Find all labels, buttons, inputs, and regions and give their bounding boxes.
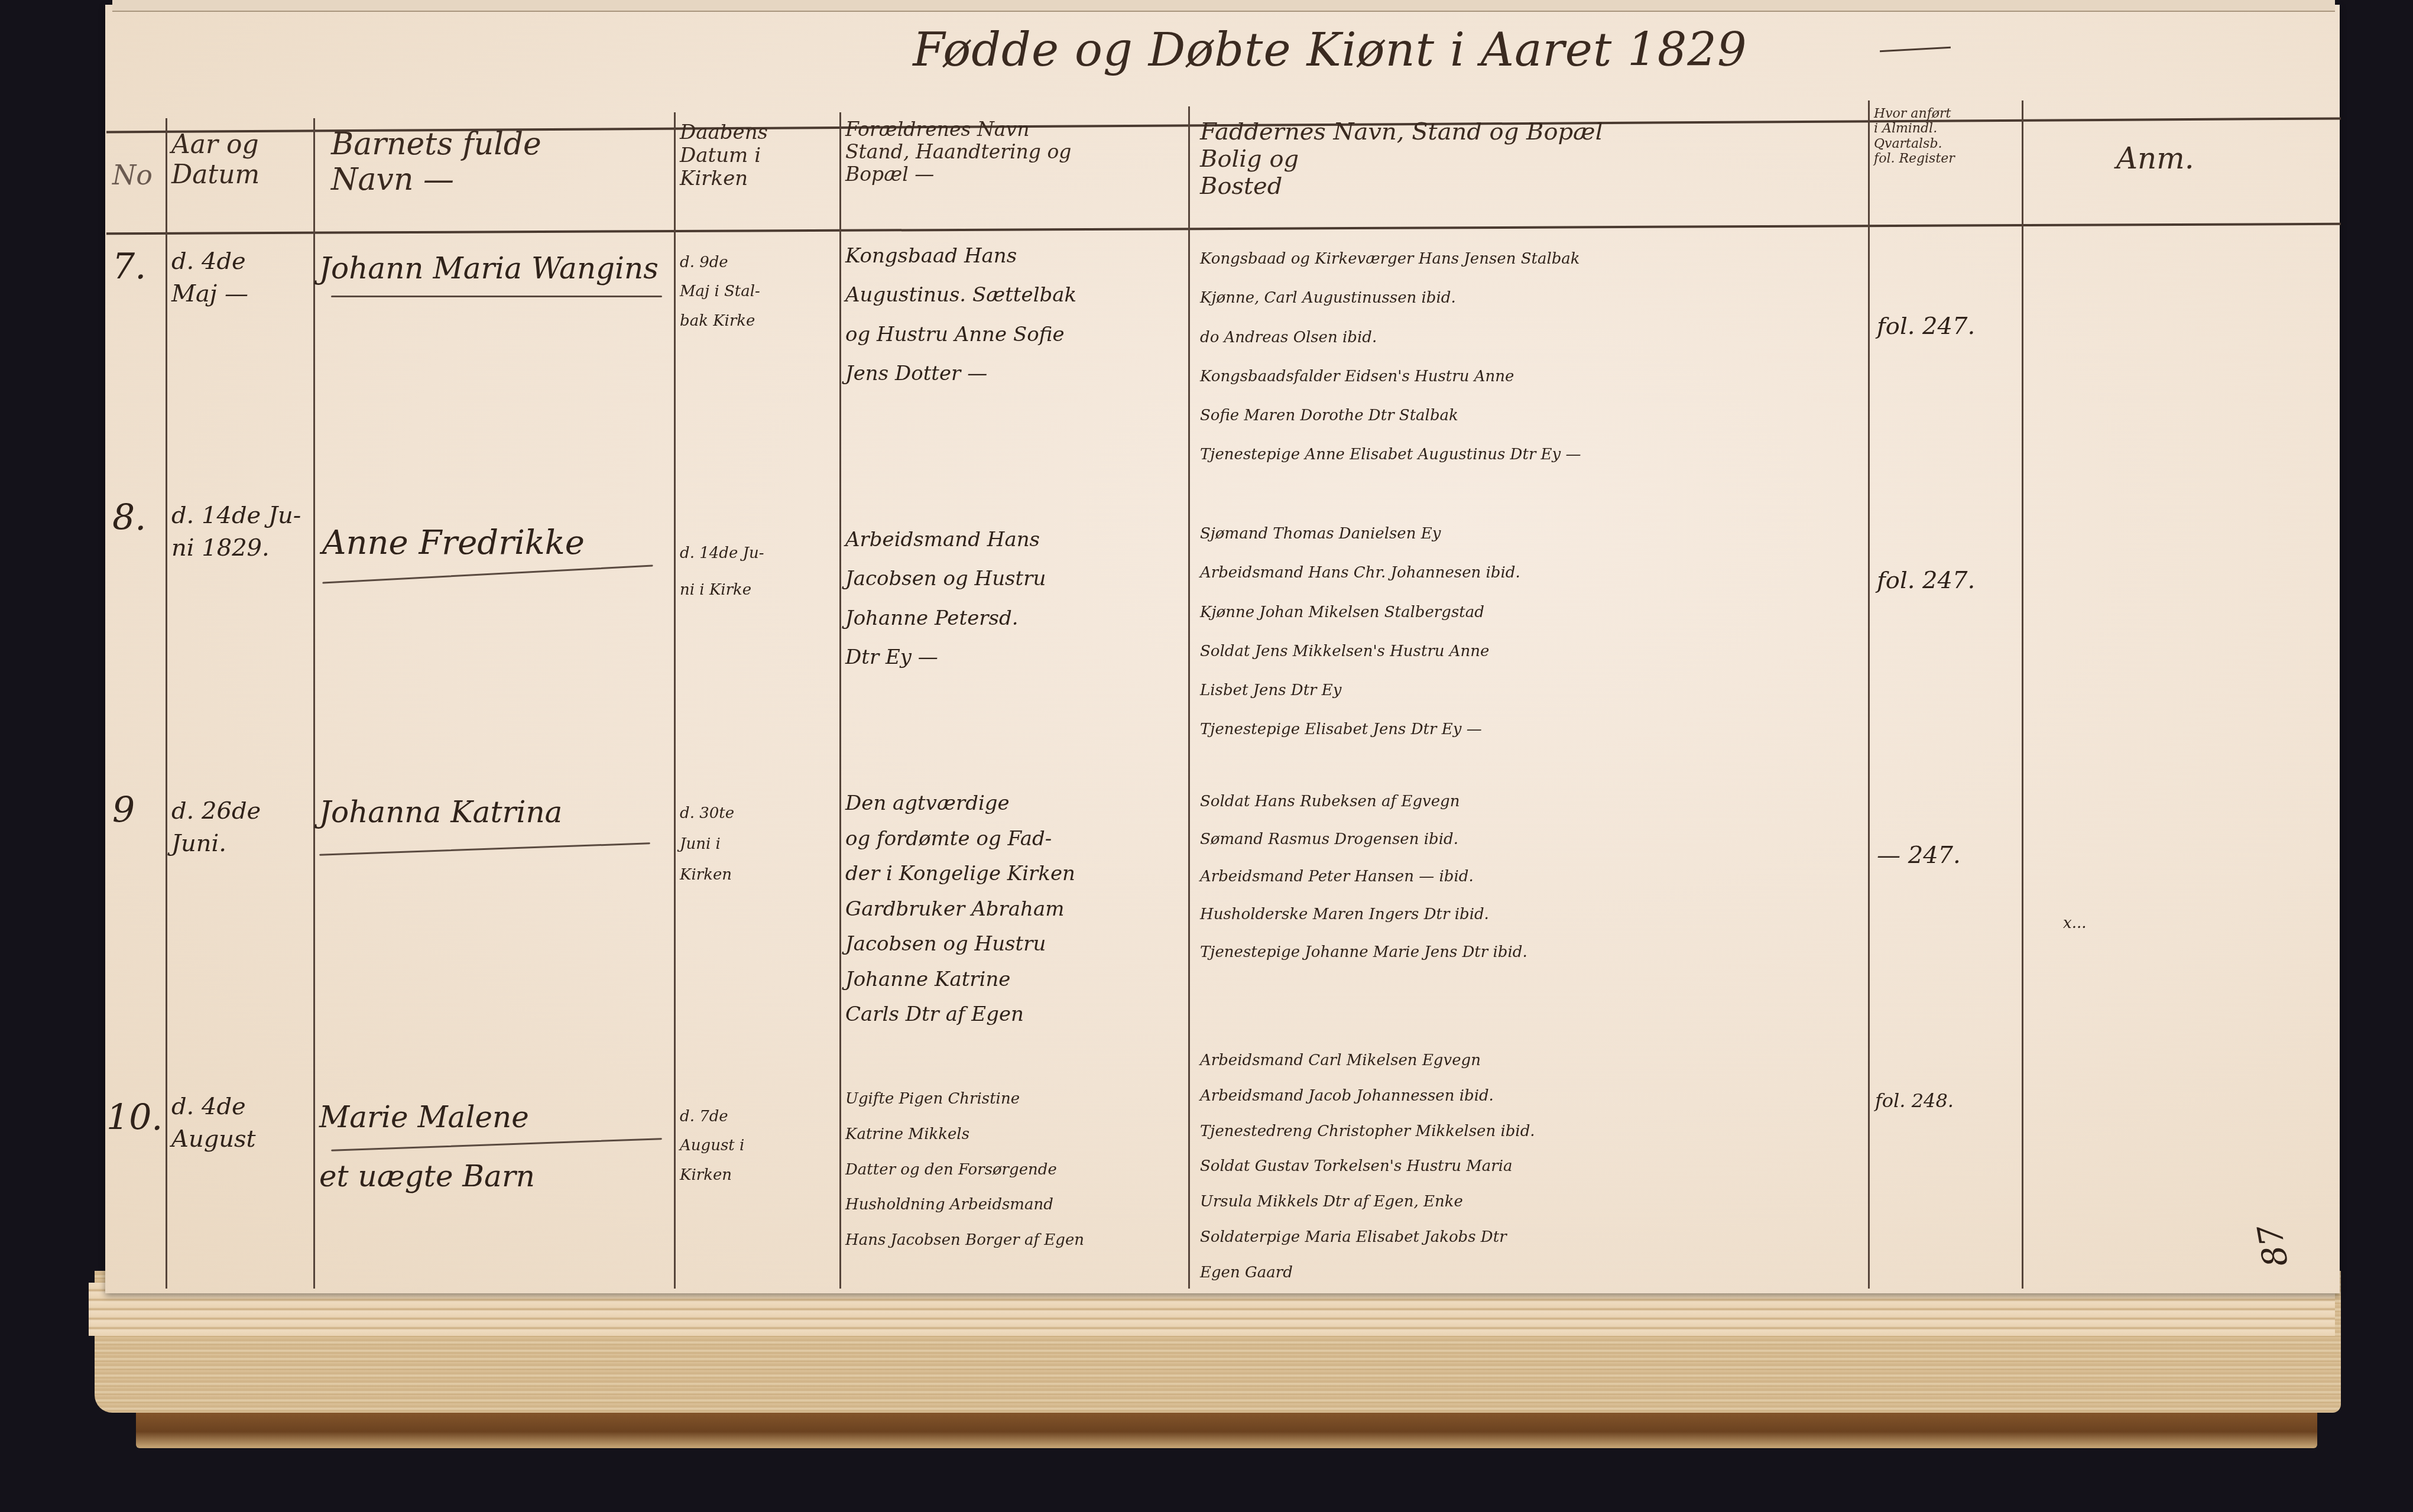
entry-parents: Kongsbaad Hans Augustinus. Sættelbak og …	[845, 236, 1076, 393]
col-rule-3	[674, 112, 676, 1289]
page-top-fold	[112, 0, 2335, 12]
entry-child-name: Anne Fredrikke	[322, 520, 585, 566]
header-sponsors: Faddernes Navn, Stand og Bopæl Bolig og …	[1200, 118, 1603, 200]
entry-number: 10.	[106, 1094, 163, 1143]
entry-note: x...	[2063, 913, 2086, 935]
entry-number: 7.	[112, 242, 146, 291]
entry-child-name: Johann Maria Wangins	[319, 248, 659, 289]
header-register-ref: Hvor anført i Almindl. Qvartalsb. fol. R…	[1874, 106, 1955, 166]
entry-parents: Den agtværdige og fordømte og Fad- der i…	[845, 786, 1075, 1033]
entry-sponsors: Sjømand Thomas Danielsen Ey Arbeidsmand …	[1200, 514, 1520, 749]
header-child-name: Barnets fulde Navn —	[331, 127, 541, 198]
entry-child-name: Johanna Katrina	[319, 792, 562, 833]
entry-parents: Ugifte Pigen Christine Katrine Mikkels D…	[845, 1082, 1084, 1258]
entry-register-ref: — 247.	[1877, 839, 1961, 872]
name-underline	[331, 296, 662, 297]
entry-number: 8.	[112, 494, 146, 543]
col-rule-1	[166, 118, 167, 1289]
entry-baptism: d. 7de August i Kirken	[680, 1102, 744, 1190]
entry-parents: Arbeidsmand Hans Jacobsen og Hustru Joha…	[845, 520, 1046, 677]
entry-baptism: d. 30te Juni i Kirken	[680, 798, 734, 890]
entry-birth-date: d. 4de August	[171, 1091, 256, 1156]
entry-register-ref: fol. 247.	[1877, 310, 1975, 343]
entry-sponsors: Kongsbaad og Kirkeværger Hans Jensen Sta…	[1200, 239, 1581, 475]
entry-sponsors: Arbeidsmand Carl Mikelsen Egvegn Arbeids…	[1200, 1043, 1535, 1291]
header-parents: Forældrenes Navn Stand, Haandtering og B…	[845, 118, 1071, 186]
header-notes: Anm.	[2116, 142, 2194, 176]
entry-register-ref: fol. 248.	[1875, 1088, 1954, 1114]
header-no: No	[112, 160, 153, 191]
col-rule-6	[1868, 100, 1870, 1289]
col-rule-2	[313, 118, 315, 1289]
page-number: 87	[2250, 1222, 2295, 1270]
entry-baptism: d. 14de Ju- ni i Kirke	[680, 535, 764, 609]
entry-birth-date: d. 14de Ju- ni 1829.	[171, 499, 301, 564]
entry-number: 9	[112, 786, 135, 835]
entry-birth-date: d. 26de Juni.	[171, 795, 261, 860]
header-baptism: Daabens Datum i Kirken	[680, 121, 768, 190]
header-date: Aar og Datum	[171, 130, 260, 190]
entry-register-ref: fol. 247.	[1877, 564, 1975, 597]
entry-birth-date: d. 4de Maj —	[171, 245, 248, 310]
book-cover	[136, 1407, 2317, 1448]
page-title: Fødde og Døbte Kiønt i Aaret 1829	[709, 24, 1951, 77]
col-rule-5	[1188, 106, 1190, 1289]
col-rule-4	[839, 112, 841, 1289]
col-rule-7	[2022, 100, 2023, 1289]
entry-baptism: d. 9de Maj i Stal- bak Kirke	[680, 248, 760, 336]
entry-sponsors: Soldat Hans Rubeksen af Egvegn Sømand Ra…	[1200, 783, 1527, 971]
